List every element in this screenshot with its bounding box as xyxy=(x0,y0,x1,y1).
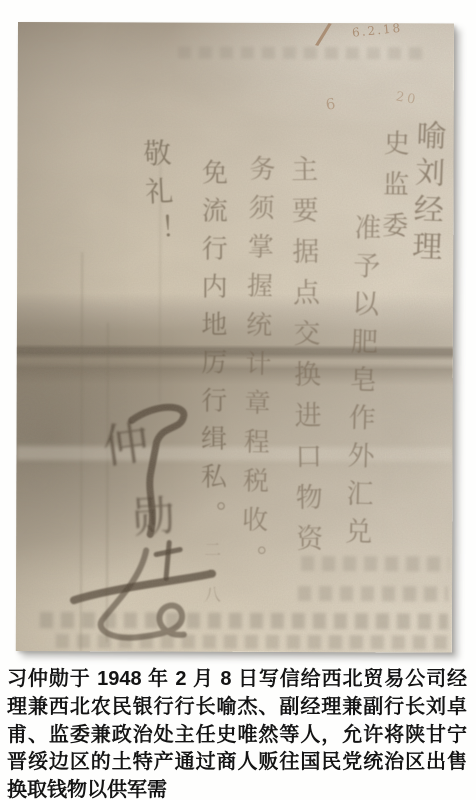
calligraphy-column-body-1: 准予以肥皂作外汇兑 xyxy=(336,213,385,556)
bleed-through-text-band xyxy=(178,47,428,60)
caption-line: 理兼西北农民银行行长喻杰、副经理兼副行长刘卓 xyxy=(7,694,467,722)
caption-line: 甫、监委兼政治处主任史唯然等人，允许将陕甘宁 xyxy=(7,722,467,750)
letter-photograph: ∕ 6.2.18 6 20 喻刘经理 史监委 准予以肥皂作外汇兑 主要据点交换进… xyxy=(16,22,454,653)
photo-caption: 习仲勋于 1948 年 2 月 8 日写信给西北贸易公司经 理兼西北农民银行行长… xyxy=(7,666,467,800)
pencil-number-mark: 20 xyxy=(395,89,420,108)
calligraphy-column-body-2: 主要据点交换进口物资 xyxy=(282,155,327,566)
calligraphy-column-salute: 敬礼！ xyxy=(135,138,181,254)
caption-line: 习仲勋于 1948 年 2 月 8 日写信给西北贸易公司经 xyxy=(7,666,467,694)
signature-flourish-strokes xyxy=(56,382,247,652)
pencil-number-mark: 6 xyxy=(325,95,337,114)
pencil-code-mark: 6.2.18 xyxy=(351,22,402,40)
book-page: ∕ 6.2.18 6 20 喻刘经理 史监委 准予以肥皂作外汇兑 主要据点交换进… xyxy=(0,0,476,800)
bleed-through-text-band xyxy=(298,586,448,602)
caption-line: 换取钱物以供军需 xyxy=(7,777,467,800)
caption-line: 晋绥边区的土特产通过商人贩往国民党统治区出售 xyxy=(7,749,467,777)
